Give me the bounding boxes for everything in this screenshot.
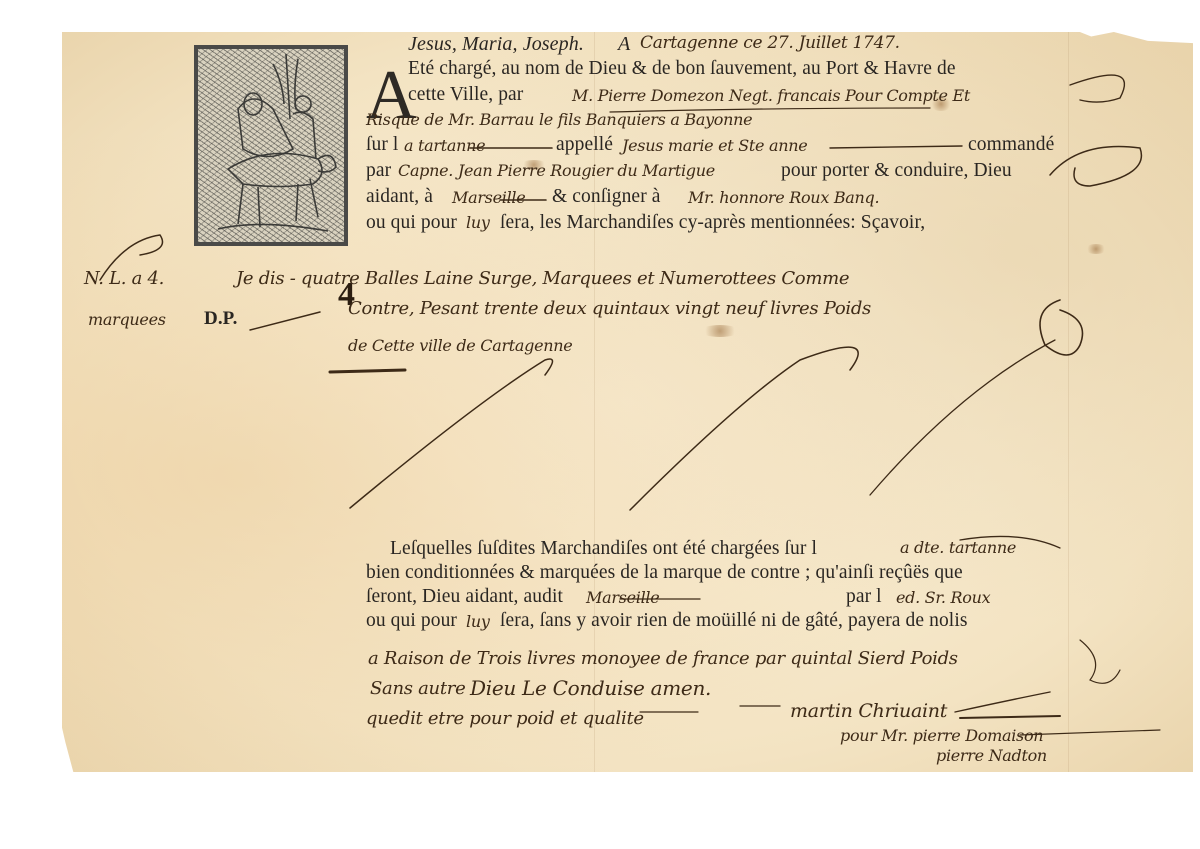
shipper-continued-handwritten: Risque de Mr. Barrau le fils Banquiers a… [366, 110, 752, 129]
fold-line [1068, 32, 1069, 772]
shipper-handwritten: M. Pierre Domezon Negt. francais Pour Co… [572, 86, 970, 105]
closing-line-3-hand2: ed. Sr. Roux [896, 588, 990, 607]
printed-line-3-mid: appellé [556, 134, 613, 156]
destination-handwritten: Marseille [452, 188, 525, 207]
consignee-handwritten: Mr. honnore Roux Banq. [688, 188, 879, 207]
ink-stain [1085, 244, 1107, 254]
cargo-line-2: Contre, Pesant trente deux quintaux ving… [348, 298, 871, 319]
freight-rate-line: a Raison de Trois livres monoyee de fran… [368, 648, 958, 669]
closing-hand-line-3: quedit etre pour poid et qualite [366, 708, 644, 729]
printed-line-5-mid: & conſigner à [552, 186, 661, 208]
closing-line-4-suffix: ſera, ſans y avoir rien de moüillé ni de… [500, 610, 968, 632]
ink-stain [700, 325, 740, 337]
closing-line-3-hand: Marseille [586, 588, 659, 607]
printed-line-5-prefix: aidant, à [366, 186, 433, 208]
printed-line-4-prefix: par [366, 160, 391, 182]
printed-line-6-suffix: ſera, les Marchandiſes cy-après mentionn… [500, 212, 925, 234]
captain-handwritten: Capne. Jean Pierre Rougier du Martigue [398, 161, 715, 180]
printed-line-3-suffix: commandé [968, 134, 1054, 156]
closing-line-4-prefix: ou qui pour [366, 610, 457, 632]
signature-3: pierre Nadton [936, 746, 1047, 765]
printed-line-6-prefix: ou qui pour [366, 212, 457, 234]
closing-line-3-prefix: ſeront, Dieu aidant, audit [366, 586, 563, 608]
signature-1: martin Chriuaint [790, 700, 947, 722]
closing-line-3-mid: par l [846, 586, 882, 608]
signature-2: pour Mr. pierre Domaison [840, 726, 1043, 745]
mark-letters: D.P. [204, 308, 237, 330]
mark-note: marquees [88, 310, 166, 329]
printed-line-4-suffix: pour porter & conduire, Dieu [781, 160, 1012, 182]
closing-line-1: Leſquelles ſuſdites Marchandiſes ont été… [390, 538, 817, 560]
vessel-type-handwritten: a tartanne [404, 136, 485, 155]
closing-hand-line-2b: Dieu Le Conduise amen. [470, 676, 711, 700]
woodcut-figures-icon [198, 49, 344, 242]
printed-line-3-prefix: ſur l [366, 134, 398, 156]
closing-hand-line-2a: Sans autre [370, 678, 465, 699]
place-date-handwritten: Cartagenne ce 27. Juillet 1747. [640, 33, 900, 53]
vessel-name-handwritten: Jesus marie et Ste anne [622, 136, 807, 155]
closing-line-2: bien conditionnées & marquées de la marq… [366, 562, 963, 584]
luy-handwritten: luy [466, 213, 490, 232]
place-date-prefix: A [618, 33, 630, 56]
printed-line-2-prefix: cette Ville, par [408, 84, 523, 106]
cargo-line-3: de Cette ville de Cartagenne [348, 336, 572, 355]
woodcut-illustration-flight-into-egypt [194, 45, 348, 246]
closing-line-4-hand: luy [466, 612, 490, 631]
printed-line-1: Eté chargé, au nom de Dieu & de bon ſauv… [408, 58, 956, 80]
cargo-line-1: Je dis - quatre Balles Laine Surge, Marq… [236, 268, 849, 289]
closing-line-1-hand: a dte. tartanne [900, 538, 1016, 557]
invocation-text: Jesus, Maria, Joseph. [408, 33, 584, 56]
mark-label: N. L. a 4. [84, 268, 164, 289]
